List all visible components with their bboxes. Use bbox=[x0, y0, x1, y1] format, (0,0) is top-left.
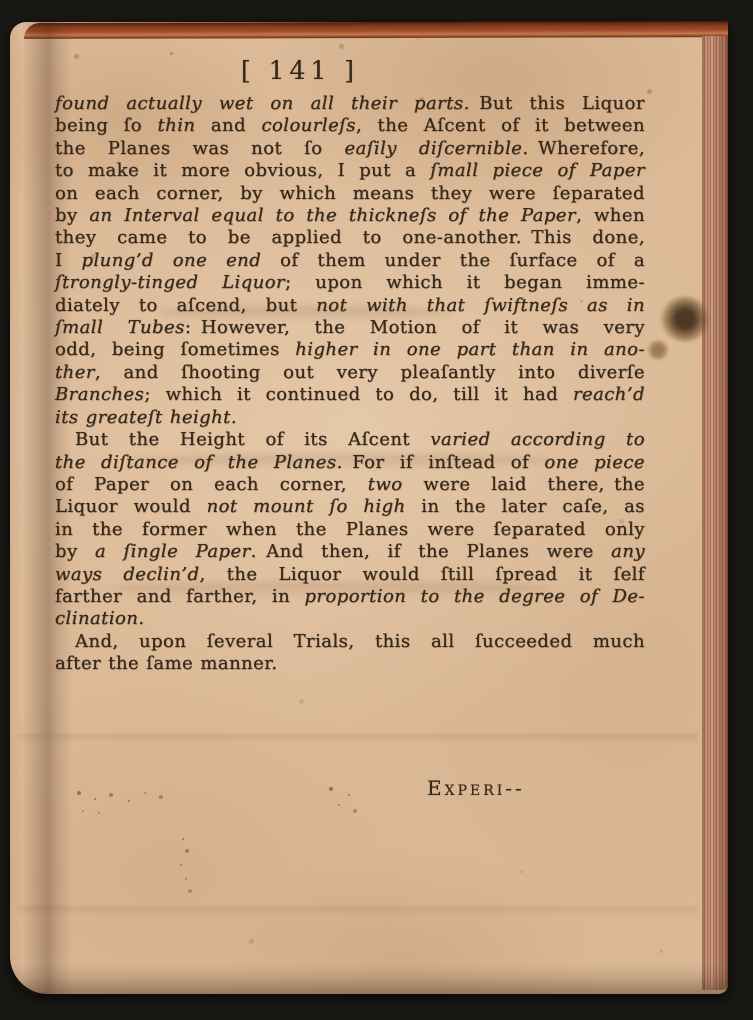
text-line: diately to aſcend, but not with that ſwi… bbox=[55, 295, 645, 317]
roman-text-run: by bbox=[55, 205, 89, 226]
italic-text-run: eaſily diſcernible bbox=[345, 138, 523, 159]
text-line: to make it more obvious, I put a ſmall p… bbox=[55, 160, 645, 182]
text-line: in the former when the Planes were ſepar… bbox=[55, 519, 645, 541]
roman-text-run: Liquor would bbox=[55, 496, 207, 517]
text-line: farther and farther, in proportion to th… bbox=[55, 586, 645, 608]
text-line: the diſtance of the Planes. For if inſte… bbox=[55, 452, 645, 474]
italic-text-run: varied according to bbox=[430, 429, 645, 450]
italic-text-run: reach’d bbox=[573, 384, 645, 405]
italic-text-run: found actually wet on all their parts. bbox=[55, 93, 470, 114]
roman-text-run: on each corner, by which means they were… bbox=[55, 183, 645, 204]
roman-text-run: . Wherefore, bbox=[522, 138, 645, 159]
roman-text-run: And, upon ſeveral Trials, this all ſucce… bbox=[75, 631, 645, 652]
italic-text-run: ways declin’d bbox=[55, 564, 200, 585]
text-line: Branches; which it continued to do, till… bbox=[55, 384, 645, 406]
italic-text-run: higher in one part than in ano- bbox=[295, 339, 645, 360]
roman-text-run: , and ſhooting out very pleaſantly into … bbox=[95, 362, 645, 383]
roman-text-run: after the ſame manner. bbox=[55, 653, 278, 674]
catchword: Experi-- bbox=[427, 776, 525, 800]
foxing-freckles bbox=[10, 22, 13, 25]
roman-text-run: , the Aſcent of it between bbox=[356, 115, 645, 136]
roman-text-run: of Paper on each corner, bbox=[55, 474, 368, 495]
text-line: ſtrongly-tinged Liquor; upon which it be… bbox=[55, 272, 645, 294]
red-stained-top-edge bbox=[24, 21, 728, 39]
roman-text-run: farther and farther, in bbox=[55, 586, 304, 607]
italic-text-run: ſmall Tubes bbox=[55, 317, 185, 338]
roman-text-run: , when bbox=[576, 205, 645, 226]
roman-text-run: For if inſtead of bbox=[343, 452, 545, 473]
roman-text-run: . And then, if the Planes were bbox=[251, 541, 612, 562]
roman-text-run: to make it more obvious, I put a bbox=[55, 160, 430, 181]
body-text: found actually wet on all their parts. B… bbox=[55, 93, 645, 676]
roman-text-run: I bbox=[55, 250, 81, 271]
text-line: of Paper on each corner, two were laid t… bbox=[55, 474, 645, 496]
italic-text-run: thin bbox=[157, 115, 195, 136]
italic-text-run: clination. bbox=[55, 608, 145, 629]
text-line: after the ſame manner. bbox=[55, 653, 645, 675]
italic-text-run: Branches bbox=[55, 384, 144, 405]
italic-text-run: a ſingle Paper bbox=[95, 541, 251, 562]
text-line: Liquor would not mount ſo high in the la… bbox=[55, 496, 645, 518]
roman-text-run: by bbox=[55, 541, 95, 562]
italic-text-run: not with that ſwiftneſs as in bbox=[316, 295, 645, 316]
book-page: [ 141 ] found actually wet on all their … bbox=[10, 22, 728, 994]
text-line: by an Interval equal to the thickneſs of… bbox=[55, 205, 645, 227]
text-line: being ſo thin and colourleſs, the Aſcent… bbox=[55, 115, 645, 137]
stain-large bbox=[660, 296, 710, 342]
roman-text-run: , the Liquor would ſtill ſpread it ſelf bbox=[200, 564, 645, 585]
text-line: And, upon ſeveral Trials, this all ſucce… bbox=[55, 631, 645, 653]
page-number-header: [ 141 ] bbox=[55, 56, 545, 88]
text-line: found actually wet on all their parts. B… bbox=[55, 93, 645, 115]
page-content: [ 141 ] found actually wet on all their … bbox=[55, 56, 645, 676]
roman-text-run: they came to be applied to one-another. … bbox=[55, 227, 645, 248]
text-line: ther, and ſhooting out very pleaſantly i… bbox=[55, 362, 645, 384]
text-line: they came to be applied to one-another. … bbox=[55, 227, 645, 249]
horizontal-crease bbox=[18, 734, 698, 743]
horizontal-crease bbox=[18, 906, 698, 915]
roman-text-run: : However, the Motion of it was very bbox=[185, 317, 645, 338]
roman-text-run: odd, being ſometimes bbox=[55, 339, 295, 360]
italic-text-run: any bbox=[611, 541, 645, 562]
text-line: ſmall Tubes: However, the Motion of it w… bbox=[55, 317, 645, 339]
roman-text-run: ; upon which it began imme- bbox=[285, 272, 645, 293]
italic-text-run: ſmall piece of Paper bbox=[430, 160, 645, 181]
roman-text-run: the Planes was not ſo bbox=[55, 138, 345, 159]
italic-text-run: an Interval equal to the thickneſs of th… bbox=[89, 205, 576, 226]
text-line: by a ſingle Paper. And then, if the Plan… bbox=[55, 541, 645, 563]
roman-text-run: of them under the ſurface of a bbox=[261, 250, 645, 271]
italic-text-run: two bbox=[368, 474, 403, 495]
italic-text-run: colourleſs bbox=[261, 115, 356, 136]
text-line: But the Height of its Aſcent varied acco… bbox=[55, 429, 645, 451]
roman-text-run: diately to aſcend, but bbox=[55, 295, 316, 316]
text-line: I plung’d one end of them under the ſurf… bbox=[55, 250, 645, 272]
roman-text-run: But the Height of its Aſcent bbox=[75, 429, 430, 450]
scan-background: { "page": { "header": "[ 141 ]", "page_n… bbox=[0, 0, 753, 1020]
italic-text-run: its greateſt height. bbox=[55, 407, 237, 428]
roman-text-run: and bbox=[195, 115, 261, 136]
italic-text-run: plung’d one end bbox=[81, 250, 261, 271]
italic-text-run: ther bbox=[55, 362, 95, 383]
roman-text-run: being ſo bbox=[55, 115, 157, 136]
roman-text-run: But this Liquor bbox=[470, 93, 645, 114]
italic-text-run: one piece bbox=[544, 452, 645, 473]
italic-text-run: ſtrongly-tinged Liquor bbox=[55, 272, 285, 293]
bottom-page-shadow bbox=[10, 964, 728, 994]
roman-text-run: ; which it continued to do, till it had bbox=[144, 384, 573, 405]
text-line: ways declin’d, the Liquor would ſtill ſp… bbox=[55, 564, 645, 586]
roman-text-run: were laid there, the bbox=[403, 474, 645, 495]
italic-text-run: not mount ſo high bbox=[207, 496, 406, 517]
text-line: its greateſt height. bbox=[55, 407, 645, 429]
stain-small bbox=[647, 340, 669, 360]
text-line: on each corner, by which means they were… bbox=[55, 183, 645, 205]
roman-text-run: in the former when the Planes were ſepar… bbox=[55, 519, 645, 540]
fore-edge-page-stack bbox=[702, 36, 728, 990]
roman-text-run: in the later caſe, as bbox=[406, 496, 645, 517]
italic-text-run: the diſtance of the Planes. bbox=[55, 452, 343, 473]
text-line: clination. bbox=[55, 608, 645, 630]
text-line: odd, being ſometimes higher in one part … bbox=[55, 339, 645, 361]
text-line: the Planes was not ſo eaſily diſcernible… bbox=[55, 138, 645, 160]
italic-text-run: proportion to the degree of De- bbox=[304, 586, 645, 607]
